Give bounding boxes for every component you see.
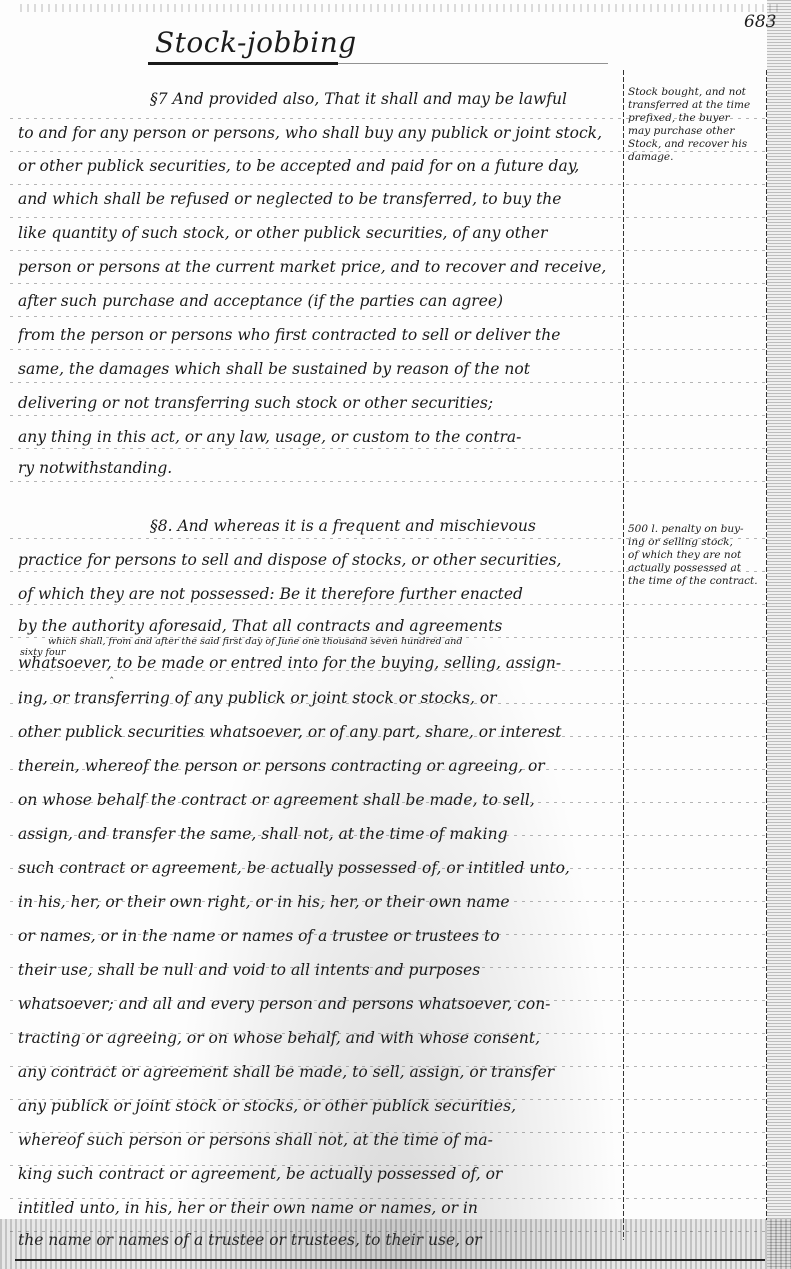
note-line: 500 l. penalty on buy- [628, 523, 766, 536]
margin-note-stock-bought: Stock bought, and not transferred at the… [628, 86, 766, 164]
ruled-line [10, 283, 770, 284]
text-line: assign, and transfer the same, shall not… [18, 823, 618, 845]
interlinear-insertion: which shall, from and after the said fir… [48, 636, 618, 647]
text-line: or names, or in the name or names of a t… [18, 925, 618, 947]
heading-rule [338, 63, 608, 64]
text-line: and which shall be refused or neglected … [18, 188, 618, 210]
note-line: of which they are not [628, 549, 766, 562]
text-line: from the person or persons who first con… [18, 324, 618, 346]
text-line: any thing in this act, or any law, usage… [18, 426, 618, 448]
text-line: practice for persons to sell and dispose… [18, 549, 618, 571]
text-line: like quantity of such stock, or other pu… [18, 222, 618, 244]
text-line: person or persons at the current market … [18, 256, 618, 278]
note-line: Stock bought, and not [628, 86, 766, 99]
text-line: §8. And whereas it is a frequent and mis… [150, 515, 620, 537]
note-line: actually possessed at [628, 562, 766, 575]
note-line: ing or selling stock, [628, 536, 766, 549]
text-line: ry notwithstanding. [18, 457, 618, 479]
margin-rule-left [623, 70, 624, 1240]
insertion-caret-icon: ‸ [110, 668, 113, 679]
ruled-line [10, 349, 770, 350]
text-line: therein, whereof the person or persons c… [18, 755, 618, 777]
text-line: in his, her, or their own right, or in h… [18, 891, 618, 913]
text-line: same, the damages which shall be sustain… [18, 358, 618, 380]
note-line: may purchase other [628, 125, 766, 138]
page-bottom-edge [15, 1259, 765, 1261]
text-line: whatsoever, to be made or entred into fo… [18, 652, 618, 674]
text-line: any contract or agreement shall be made,… [18, 1061, 618, 1083]
note-line: the time of the contract. [628, 575, 766, 588]
text-line: of which they are not possessed: Be it t… [18, 583, 618, 605]
ruled-line [10, 217, 770, 218]
text-line: intitled unto, in his, her or their own … [18, 1197, 618, 1219]
text-line: ing, or transferring of any publick or j… [18, 687, 618, 709]
margin-note-penalty: 500 l. penalty on buy- ing or selling st… [628, 523, 766, 588]
manuscript-page: 683 Stock-jobbing §7 And provided also, … [0, 0, 791, 1269]
text-line: by the authority aforesaid, That all con… [18, 615, 618, 637]
ruled-line [10, 250, 770, 251]
note-line: Stock, and recover his [628, 138, 766, 151]
text-line: to and for any person or persons, who sh… [18, 122, 618, 144]
page-number: 683 [744, 12, 776, 32]
heading-underline [148, 62, 338, 65]
text-line: delivering or not transferring such stoc… [18, 392, 618, 414]
text-line: such contract or agreement, be actually … [18, 857, 618, 879]
ruled-line [10, 382, 770, 383]
text-line: king such contract or agreement, be actu… [18, 1163, 618, 1185]
text-line: their use, shall be null and void to all… [18, 959, 618, 981]
ruled-line [10, 481, 770, 482]
margin-rule-right [766, 70, 767, 1220]
scan-noise-bottom [0, 1219, 791, 1269]
text-line: or other publick securities, to be accep… [18, 155, 618, 177]
note-line: prefixed, the buyer [628, 112, 766, 125]
scan-page-edge [767, 0, 791, 1269]
text-line: whatsoever; and all and every person and… [18, 993, 618, 1015]
scan-noise-top [20, 4, 780, 12]
text-line: on whose behalf the contract or agreemen… [18, 789, 618, 811]
text-line: after such purchase and acceptance (if t… [18, 290, 618, 312]
text-line: §7 And provided also, That it shall and … [150, 88, 620, 110]
ruled-line [10, 415, 770, 416]
text-line: other publick securities whatsoever, or … [18, 721, 618, 743]
text-line: whereof such person or persons shall not… [18, 1129, 618, 1151]
text-line: any publick or joint stock or stocks, or… [18, 1095, 618, 1117]
ruled-line [10, 448, 770, 449]
ruled-line [10, 184, 770, 185]
ruled-line [10, 316, 770, 317]
note-line: transferred at the time [628, 99, 766, 112]
text-line: tracting or agreeing, or on whose behalf… [18, 1027, 618, 1049]
page-heading: Stock-jobbing [155, 26, 357, 59]
note-line: damage. [628, 151, 766, 164]
